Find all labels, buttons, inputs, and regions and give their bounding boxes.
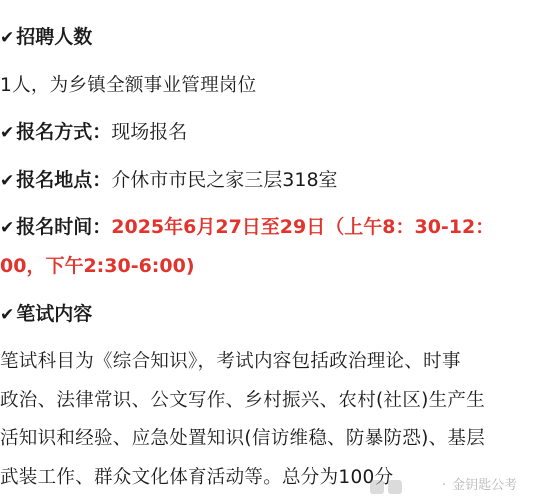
checkmark-icon: ✔ bbox=[0, 26, 14, 50]
section-registration-location: ✔报名地点：介休市市民之家三层318室 bbox=[0, 168, 338, 193]
field-value: 现场报名 bbox=[111, 121, 187, 143]
section-heading-exam-content: ✔笔试内容 bbox=[0, 302, 92, 327]
registration-time-continued: 00，下午2:30-6:00) bbox=[0, 254, 195, 278]
exam-content-line: 活知识和经验、应急处置知识(信访维稳、防暴防恐)、基层 bbox=[0, 427, 485, 451]
field-label: 报名地点： bbox=[16, 169, 111, 191]
checkmark-icon: ✔ bbox=[0, 303, 14, 327]
exam-content-line: 武装工作、群众文化体育活动等。总分为100分 bbox=[0, 466, 393, 490]
section-registration-method: ✔报名方式：现场报名 bbox=[0, 120, 187, 145]
checkmark-icon: ✔ bbox=[0, 121, 14, 145]
heading-text: 笔试内容 bbox=[16, 303, 92, 325]
watermark-text: 金钥匙公考 bbox=[452, 478, 517, 493]
exam-content-line: 笔试科目为《综合知识》，考试内容包括政治理论、时事 bbox=[0, 350, 461, 374]
checkmark-icon: ✔ bbox=[0, 216, 14, 240]
exam-content-line: 政治、法律常识、公文写作、乡村振兴、农村(社区)生产生 bbox=[0, 389, 485, 413]
watermark-separator: · bbox=[442, 478, 446, 493]
field-label: 报名时间： bbox=[16, 216, 111, 238]
field-value: 介休市市民之家三层318室 bbox=[111, 169, 337, 191]
watermark: ·金钥匙公考 bbox=[442, 474, 517, 493]
recruitment-notice: ✔招聘人数 1人，为乡镇全额事业管理岗位 ✔报名方式：现场报名 ✔报名地点：介休… bbox=[0, 0, 542, 500]
section-heading-recruit-count: ✔招聘人数 bbox=[0, 25, 92, 50]
watermark-logo-icon bbox=[370, 476, 430, 492]
recruit-count-content: 1人，为乡镇全额事业管理岗位 bbox=[0, 74, 256, 98]
heading-text: 招聘人数 bbox=[16, 26, 92, 48]
field-label: 报名方式： bbox=[16, 121, 111, 143]
checkmark-icon: ✔ bbox=[0, 169, 14, 193]
field-value-highlight: 2025年6月27日至29日（上午8：30-12： bbox=[111, 216, 494, 238]
section-registration-time: ✔报名时间：2025年6月27日至29日（上午8：30-12： bbox=[0, 215, 494, 240]
